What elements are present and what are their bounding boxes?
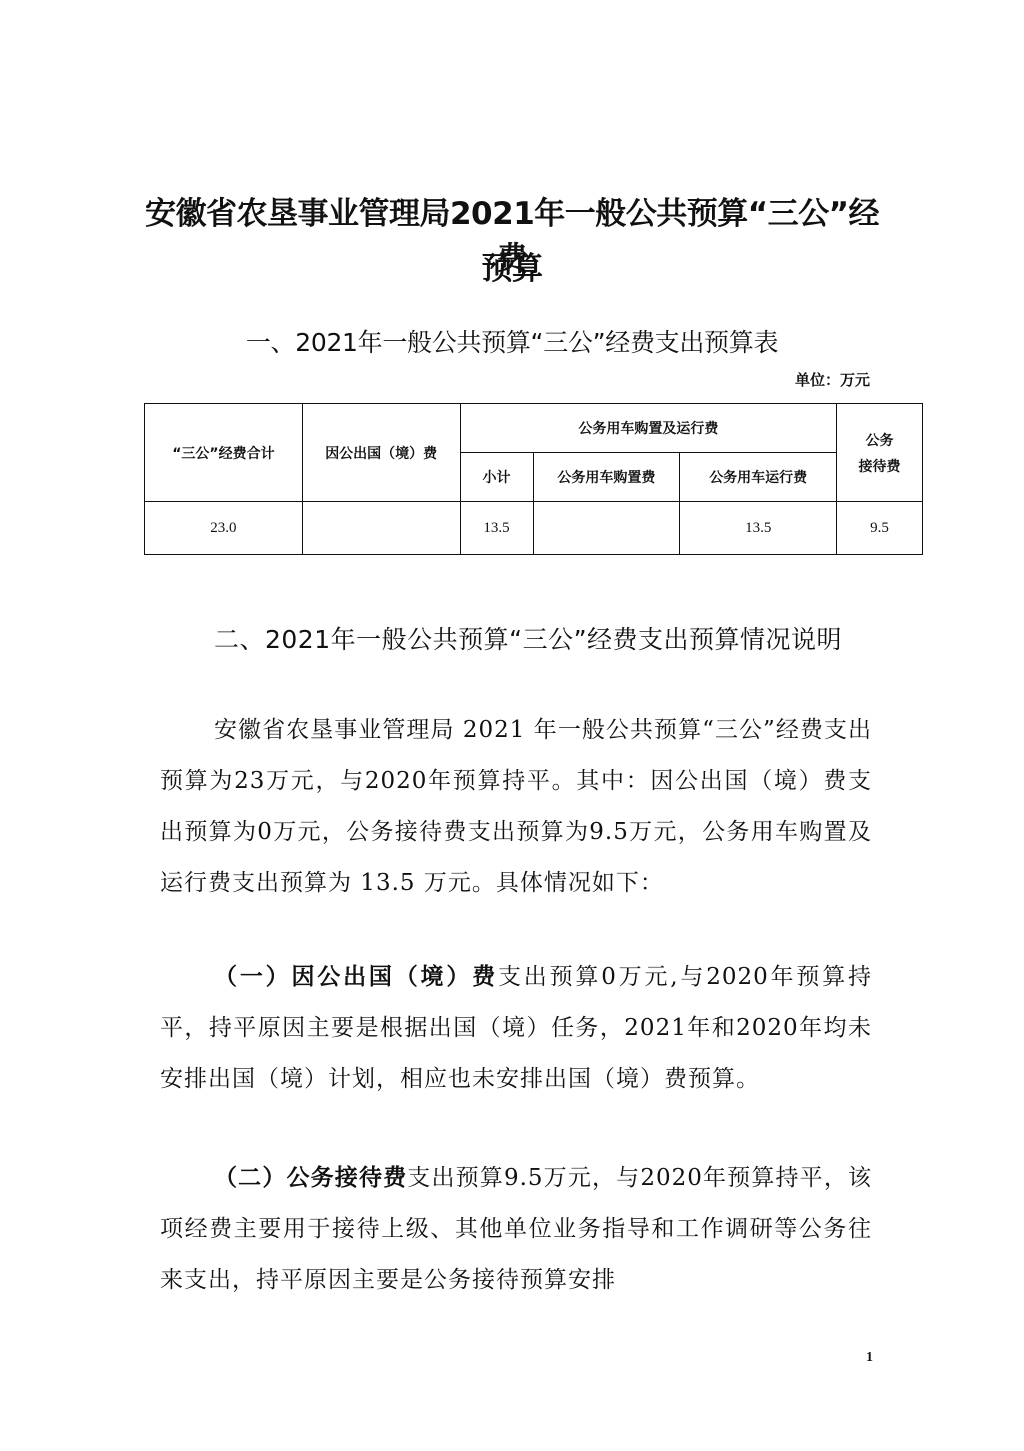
page-number: 1 [866,1350,873,1366]
header-reception-line2: 接待费 [837,456,922,476]
header-reception: 公务 接待费 [837,404,923,502]
cell-vehicle-purchase [533,502,680,555]
header-overseas: 因公出国（境）费 [302,404,460,502]
cell-reception: 9.5 [837,502,923,555]
cell-vehicle-operation: 13.5 [680,502,837,555]
table-row: 23.0 13.5 13.5 9.5 [145,502,923,555]
paragraph-overseas: （一）因公出国（境）费支出预算0万元,与2020年预算持平，持平原因主要是根据出… [160,952,872,1105]
cell-overseas [302,502,460,555]
paragraph-reception-heading: （二）公务接待费 [214,1165,407,1191]
header-vehicle-subtotal: 小计 [460,453,533,502]
section2-heading: 二、2021年一般公共预算“三公”经费支出预算情况说明 [160,617,875,662]
header-vehicle-group: 公务用车购置及运行费 [460,404,836,453]
document-page: 安徽省农垦事业管理局2021年一般公共预算“三公”经费 预算 一、2021年一般… [0,0,1024,1451]
table-header-row-1: “三公”经费合计 因公出国（境）费 公务用车购置及运行费 公务 接待费 [145,404,923,453]
cell-total: 23.0 [145,502,303,555]
budget-table: “三公”经费合计 因公出国（境）费 公务用车购置及运行费 公务 接待费 小计 公… [144,403,923,555]
paragraph-reception: （二）公务接待费支出预算9.5万元，与2020年预算持平，该项经费主要用于接待上… [160,1153,872,1306]
header-vehicle-purchase: 公务用车购置费 [533,453,680,502]
document-title-line2: 预算 [140,243,884,288]
unit-label: 单位：万元 [795,369,870,390]
section1-heading: 一、2021年一般公共预算“三公”经费支出预算表 [140,323,884,359]
header-vehicle-operation: 公务用车运行费 [680,453,837,502]
paragraph-overseas-heading: （一）因公出国（境）费 [214,964,498,990]
header-total: “三公”经费合计 [145,404,303,502]
header-reception-line1: 公务 [837,430,922,450]
cell-vehicle-subtotal: 13.5 [460,502,533,555]
paragraph-overview: 安徽省农垦事业管理局 2021 年一般公共预算“三公”经费支出预算为23万元，与… [160,705,872,909]
